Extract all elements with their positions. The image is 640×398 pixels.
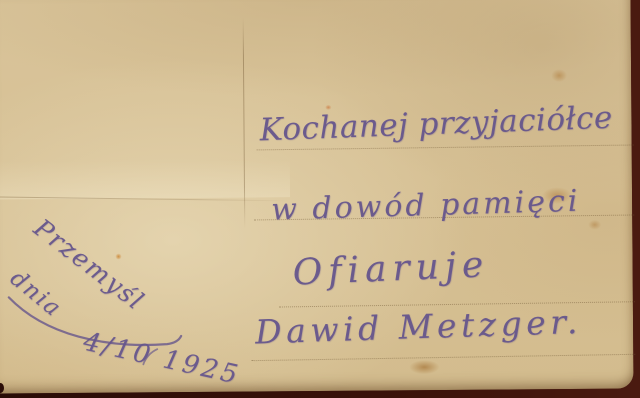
inscription-line-1: Kochanej przyjaciółce xyxy=(259,100,613,149)
fold-highlight xyxy=(0,159,290,199)
horizontal-fold-crease xyxy=(0,196,290,201)
foxing-stain xyxy=(409,360,439,374)
inscription-line-2: w dowód pamięci xyxy=(271,184,581,228)
corner-day-word: dnia xyxy=(5,265,67,322)
postcard-back: Kochanej przyjaciółce w dowód pamięci Of… xyxy=(0,0,634,393)
inscription-line-3: Ofiaruje xyxy=(292,244,490,293)
ruled-line xyxy=(251,354,635,361)
foxing-stain xyxy=(551,69,567,82)
vertical-divider-crease xyxy=(243,18,246,230)
corner-date: 4/10 1925 xyxy=(81,327,244,391)
signature-line: Dawid Metzger. xyxy=(255,302,583,352)
foxing-stain xyxy=(115,254,121,260)
foxing-stain xyxy=(588,220,601,230)
scanner-backing: Kochanej przyjaciółce w dowód pamięci Of… xyxy=(0,0,640,398)
